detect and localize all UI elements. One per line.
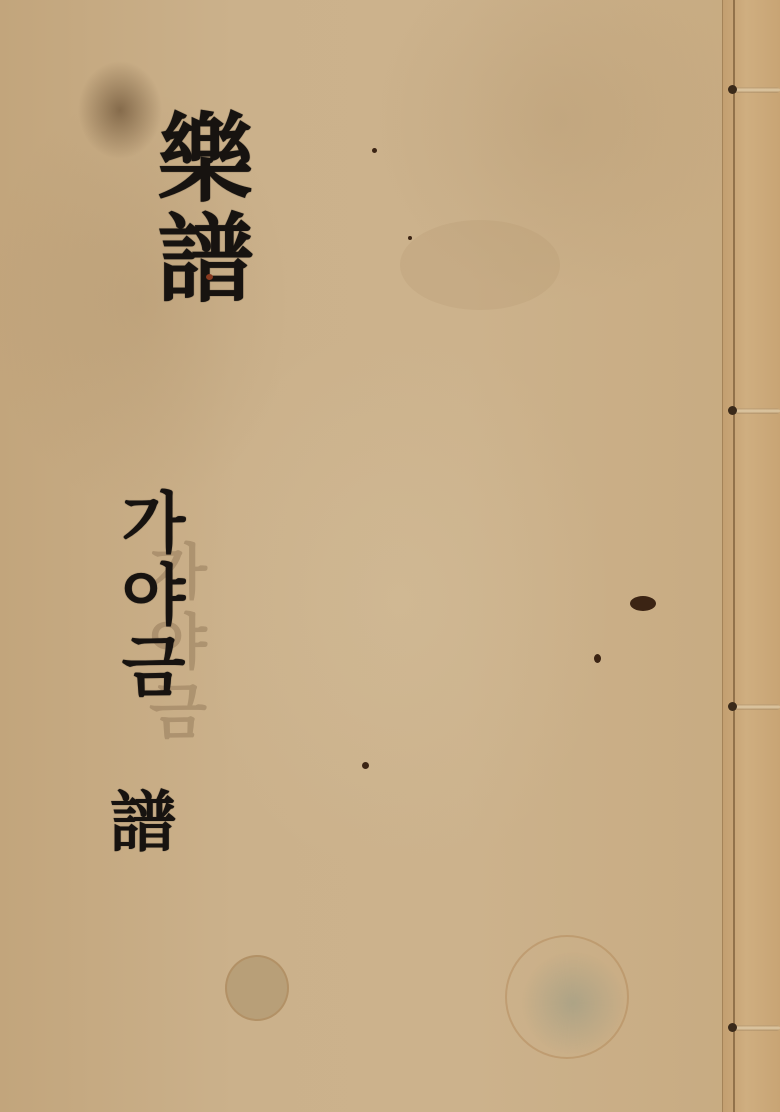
stitch-hole (728, 1023, 737, 1032)
cover-subtitle-suffix: 譜 (110, 782, 176, 862)
ink-speck (594, 654, 601, 663)
cover-subtitle: 가야금 (108, 488, 188, 704)
ink-speck (408, 236, 412, 240)
binding-fold-line (733, 0, 735, 1112)
stitch-hole (728, 702, 737, 711)
ink-speck (362, 762, 369, 769)
stitch-hole (728, 406, 737, 415)
stitch-hole (728, 85, 737, 94)
water-stain (400, 220, 560, 310)
cover-title: 樂譜 (78, 108, 248, 308)
book-spine (722, 0, 780, 1112)
book-cover: 가야금 樂譜 가야금 譜 (0, 0, 780, 1112)
ink-speck (372, 148, 377, 153)
ink-speck (206, 274, 213, 280)
ink-speck (630, 596, 656, 611)
water-stain (225, 955, 289, 1021)
water-stain (505, 935, 629, 1059)
